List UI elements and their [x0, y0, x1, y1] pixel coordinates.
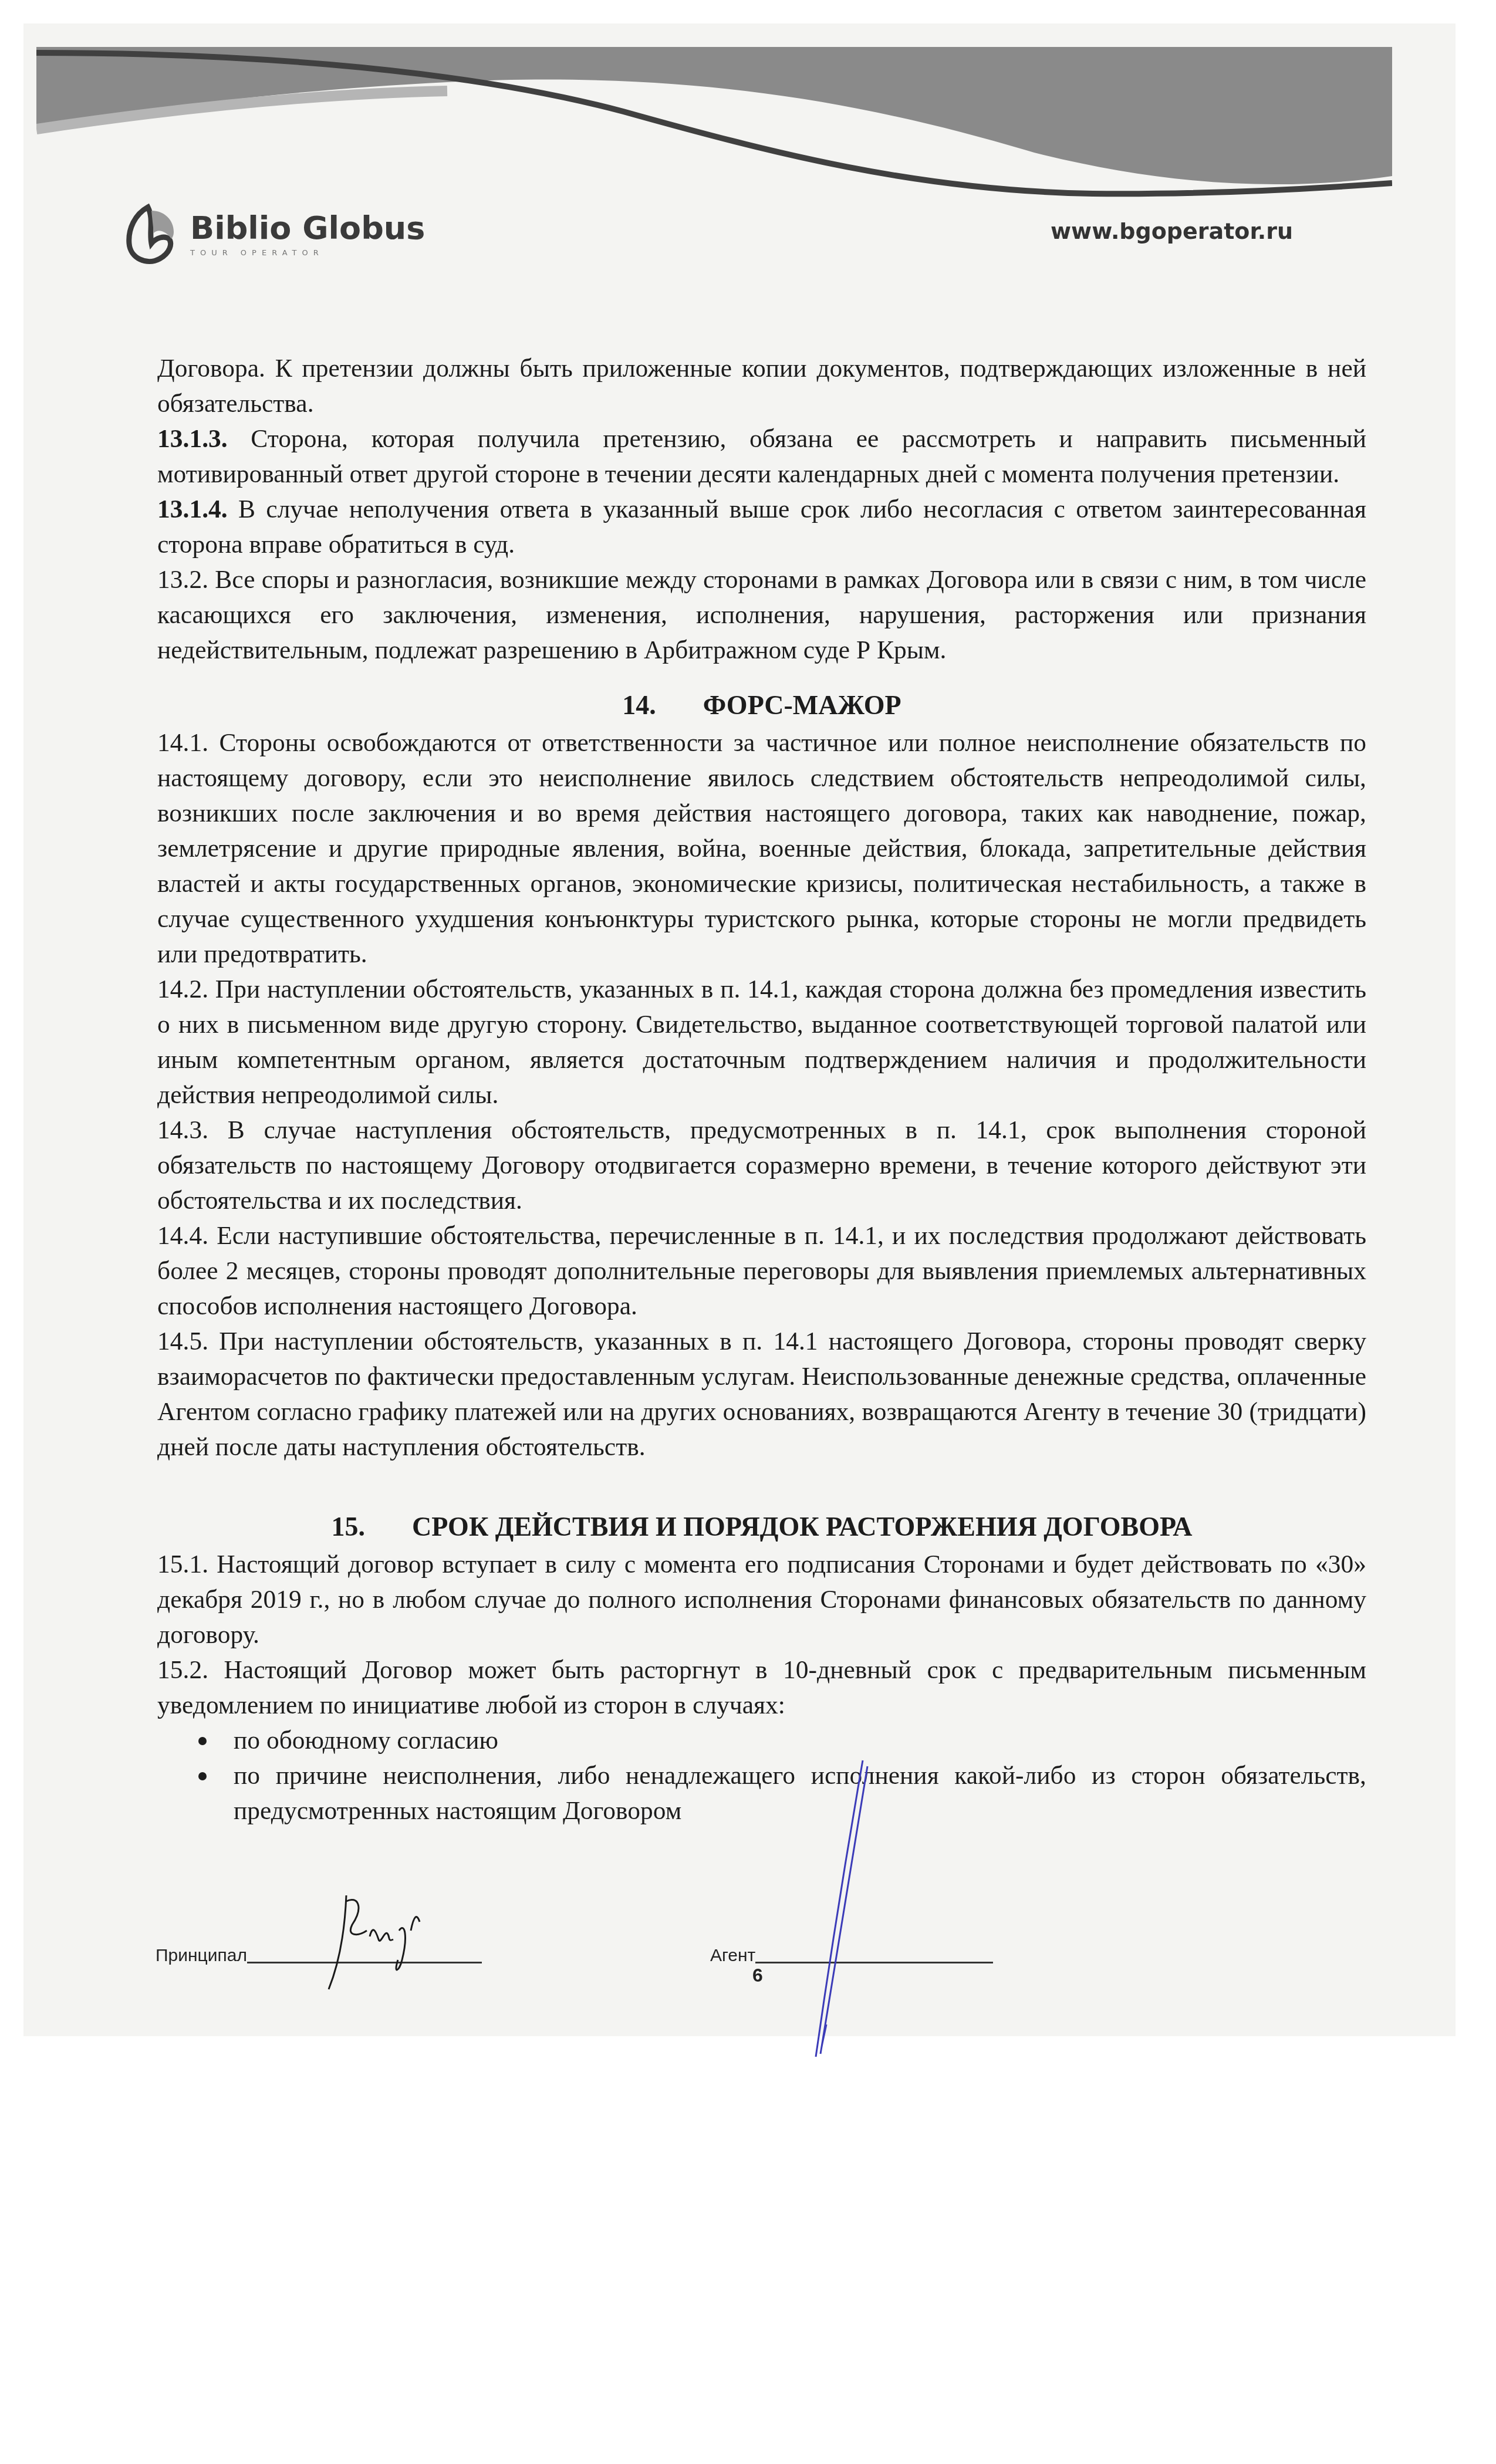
agent-signature-icon: [798, 1757, 892, 2063]
paragraph-15-2: 15.2. Настоящий Договор может быть расто…: [157, 1652, 1366, 1723]
paragraph-15-1: 15.1. Настоящий договор вступает в силу …: [157, 1547, 1366, 1652]
paragraph-14-2: 14.2. При наступлении обстоятельств, ука…: [157, 972, 1366, 1113]
brand-name: Biblio Globus: [190, 212, 425, 244]
clause-number: 13.1.4.: [157, 495, 228, 523]
list-item: по обоюдному согласию: [198, 1723, 1366, 1758]
principal-label: Принципал: [156, 1946, 247, 1966]
clause-text: Сторона, которая получила претензию, обя…: [157, 425, 1366, 488]
clause-number: 14.5.: [157, 1327, 208, 1356]
clause-text: В случае наступления обстоятельств, пред…: [157, 1116, 1366, 1215]
termination-cases-list: по обоюдному согласию по причине неиспол…: [157, 1723, 1366, 1828]
clause-number: 15.2.: [157, 1656, 208, 1684]
clause-number: 15.1.: [157, 1550, 208, 1579]
paragraph-13-2: 13.2. Все споры и разногласия, возникшие…: [157, 562, 1366, 668]
clause-number: 13.1.3.: [157, 425, 228, 453]
paragraph-14-4: 14.4. Если наступившие обстоятельства, п…: [157, 1218, 1366, 1324]
header-wave-band: [36, 47, 1392, 200]
clause-text: Все споры и разногласия, возникшие между…: [157, 566, 1366, 664]
website-link[interactable]: www.bgoperator.ru: [1051, 218, 1293, 244]
paragraph-13-1-3: 13.1.3. Сторона, которая получила претен…: [157, 421, 1366, 492]
brand-logo: Biblio Globus TOUR OPERATOR: [123, 202, 425, 267]
clause-number: 14.3.: [157, 1116, 208, 1144]
biblio-globus-logo-icon: [123, 202, 182, 267]
section-15-heading: 15.СРОК ДЕЙСТВИЯ И ПОРЯДОК РАСТОРЖЕНИЯ Д…: [157, 1509, 1366, 1544]
principal-signature-icon: [311, 1890, 464, 1995]
clause-number: 14.4.: [157, 1222, 208, 1250]
paragraph-13-1-4: 13.1.4. В случае неполучения ответа в ук…: [157, 492, 1366, 562]
clause-number: 13.2.: [157, 566, 208, 594]
section-number: 15.: [332, 1512, 366, 1542]
paragraph-13-1-2-cont: Договора. К претензии должны быть прилож…: [157, 351, 1366, 421]
clause-number: 14.2.: [157, 975, 208, 1003]
page-number: 6: [752, 1965, 763, 1986]
clause-text: Стороны освобождаются от ответственности…: [157, 729, 1366, 968]
signature-row: Принципал Агент: [156, 1931, 1095, 1966]
section-title: ФОРС-МАЖОР: [703, 690, 901, 720]
agent-label: Агент: [710, 1946, 755, 1966]
paragraph-14-1: 14.1. Стороны освобождаются от ответстве…: [157, 725, 1366, 972]
brand-subtitle: TOUR OPERATOR: [190, 249, 425, 258]
clause-text: Настоящий Договор может быть расторгнут …: [157, 1656, 1366, 1719]
section-number: 14.: [622, 690, 656, 720]
clause-number: 14.1.: [157, 729, 208, 757]
section-14-heading: 14.ФОРС-МАЖОР: [157, 688, 1366, 723]
paragraph-14-3: 14.3. В случае наступления обстоятельств…: [157, 1113, 1366, 1218]
document-body: Договора. К претензии должны быть прилож…: [157, 351, 1366, 1828]
paragraph-14-5: 14.5. При наступлении обстоятельств, ука…: [157, 1324, 1366, 1465]
clause-text: В случае неполучения ответа в указанный …: [157, 495, 1366, 559]
clause-text: При наступлении обстоятельств, указанных…: [157, 975, 1366, 1109]
clause-text: При наступлении обстоятельств, указанных…: [157, 1327, 1366, 1461]
clause-text: Настоящий договор вступает в силу с моме…: [157, 1550, 1366, 1649]
clause-text: Если наступившие обстоятельства, перечис…: [157, 1222, 1366, 1320]
list-item: по причине неисполнения, либо ненадлежащ…: [198, 1758, 1366, 1828]
section-title: СРОК ДЕЙСТВИЯ И ПОРЯДОК РАСТОРЖЕНИЯ ДОГО…: [412, 1512, 1192, 1542]
